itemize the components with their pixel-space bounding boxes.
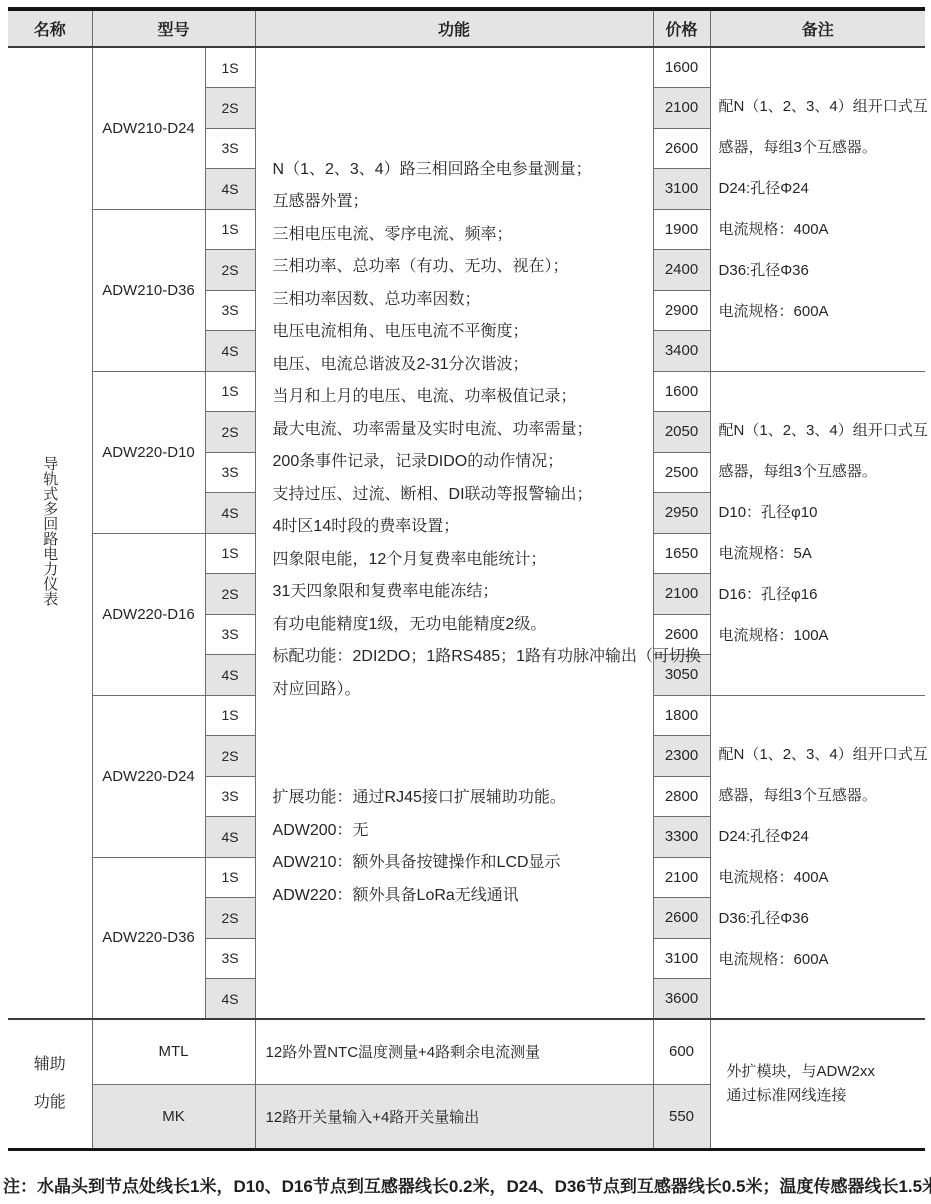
price-cell: 2600 xyxy=(653,128,710,169)
function-line: 31天四象限和复费率电能冻结； xyxy=(273,576,653,609)
header-price: 价格 xyxy=(653,9,710,47)
function-line: 对应回路）。 xyxy=(273,674,653,707)
remark-line: 感器，每组3个互感器。 xyxy=(719,451,926,492)
function-line: 三相功率、总功率（有功、无功、视在）； xyxy=(273,251,653,284)
remark-line: D36:孔径Φ36 xyxy=(719,250,926,291)
spec-cell: 4S xyxy=(205,655,255,696)
price-cell: 550 xyxy=(653,1084,710,1149)
aux-category-line: 功能 xyxy=(8,1084,92,1122)
remark-line: 感器，每组3个互感器。 xyxy=(719,775,926,816)
price-cell: 1600 xyxy=(653,47,710,88)
remark-line: 感器，每组3个互感器。 xyxy=(719,127,926,168)
spec-cell: 1S xyxy=(205,209,255,250)
function-line: 扩展功能：通过RJ45接口扩展辅助功能。 xyxy=(273,782,653,815)
price-cell: 2100 xyxy=(653,88,710,129)
spec-cell: 4S xyxy=(205,817,255,858)
header-model: 型号 xyxy=(92,9,255,47)
remark-line: 电流规格：5A xyxy=(719,533,926,574)
price-cell: 2900 xyxy=(653,290,710,331)
remark-line: D10：孔径φ10 xyxy=(719,492,926,533)
price-cell: 2050 xyxy=(653,412,710,453)
spec-cell: 1S xyxy=(205,371,255,412)
function-line: ADW210：额外具备按键操作和LCD显示 xyxy=(273,847,653,880)
spec-cell: 1S xyxy=(205,47,255,88)
model-cell: MK xyxy=(92,1084,255,1149)
function-line: ADW200：无 xyxy=(273,815,653,848)
price-cell: 2400 xyxy=(653,250,710,291)
remark-line: 通过标准网线连接 xyxy=(727,1084,926,1108)
spec-cell: 2S xyxy=(205,412,255,453)
price-cell: 2800 xyxy=(653,776,710,817)
function-line: 三相电压电流、零序电流、频率； xyxy=(273,219,653,252)
remark-line: 电流规格：400A xyxy=(719,857,926,898)
price-cell: 3100 xyxy=(653,169,710,210)
model-cell: ADW220-D16 xyxy=(92,533,205,695)
function-paragraph-2: 扩展功能：通过RJ45接口扩展辅助功能。 ADW200：无 ADW210：额外具… xyxy=(273,782,653,912)
remark-line: 电流规格：600A xyxy=(719,939,926,980)
spec-cell: 3S xyxy=(205,452,255,493)
spec-cell: 3S xyxy=(205,776,255,817)
function-line: 三相功率因数、总功率因数； xyxy=(273,284,653,317)
price-cell: 1600 xyxy=(653,371,710,412)
aux-function-text: 12路开关量输入+4路开关量输出 xyxy=(256,1106,653,1127)
remark-line: 电流规格：400A xyxy=(719,209,926,250)
aux-category-cell: 辅助 功能 xyxy=(8,1019,92,1149)
remark-cell: 配N（1、2、3、4）组开口式互 感器，每组3个互感器。 D24:孔径Φ24 电… xyxy=(710,695,925,1019)
price-cell: 1900 xyxy=(653,209,710,250)
category-cell: 导轨式多回路电力仪表 xyxy=(8,47,92,1019)
remark-cell: 外扩模块，与ADW2xx 通过标准网线连接 xyxy=(710,1019,925,1149)
price-cell: 2500 xyxy=(653,452,710,493)
remark-line: 外扩模块，与ADW2xx xyxy=(727,1060,926,1084)
spec-cell: 2S xyxy=(205,574,255,615)
price-cell: 2600 xyxy=(653,898,710,939)
price-cell: 2100 xyxy=(653,857,710,898)
price-cell: 2100 xyxy=(653,574,710,615)
function-line: 最大电流、功率需量及实时电流、功率需量； xyxy=(273,414,653,447)
spec-cell: 4S xyxy=(205,979,255,1020)
aux-function-cell: 12路开关量输入+4路开关量输出 xyxy=(255,1084,653,1149)
function-line: 标配功能：2DI2DO；1路RS485；1路有功脉冲输出（可切换 xyxy=(273,641,653,674)
remark-line: 电流规格：600A xyxy=(719,291,926,332)
function-line: 四象限电能，12个月复费率电能统计； xyxy=(273,544,653,577)
model-cell: ADW220-D36 xyxy=(92,857,205,1019)
price-cell: 2300 xyxy=(653,736,710,777)
spec-cell: 1S xyxy=(205,695,255,736)
remark-line: 电流规格：100A xyxy=(719,615,926,656)
remark-line: 配N（1、2、3、4）组开口式互 xyxy=(719,410,926,451)
spec-cell: 3S xyxy=(205,290,255,331)
aux-function-cell: 12路外置NTC温度测量+4路剩余电流测量 xyxy=(255,1019,653,1084)
function-line: 电压电流相角、电压电流不平衡度； xyxy=(273,316,653,349)
price-cell: 3400 xyxy=(653,331,710,372)
remark-line: D16：孔径φ16 xyxy=(719,574,926,615)
function-line: ADW220：额外具备LoRa无线通讯 xyxy=(273,880,653,913)
price-cell: 3300 xyxy=(653,817,710,858)
spec-cell: 4S xyxy=(205,169,255,210)
function-line: N（1、2、3、4）路三相回路全电参量测量； xyxy=(273,154,653,187)
remark-line: 配N（1、2、3、4）组开口式互 xyxy=(719,86,926,127)
spec-cell: 3S xyxy=(205,938,255,979)
price-cell: 3600 xyxy=(653,979,710,1020)
aux-function-text: 12路外置NTC温度测量+4路剩余电流测量 xyxy=(256,1041,653,1062)
spec-cell: 3S xyxy=(205,128,255,169)
model-cell: ADW220-D24 xyxy=(92,695,205,857)
function-line: 支持过压、过流、断相、DI联动等报警输出； xyxy=(273,479,653,512)
spec-cell: 1S xyxy=(205,857,255,898)
function-line: 200条事件记录，记录DIDO的动作情况； xyxy=(273,446,653,479)
spec-cell: 4S xyxy=(205,493,255,534)
function-line: 有功电能精度1级，无功电能精度2级。 xyxy=(273,609,653,642)
model-cell: ADW220-D10 xyxy=(92,371,205,533)
spec-cell: 2S xyxy=(205,898,255,939)
remark-line: D24:孔径Φ24 xyxy=(719,168,926,209)
spec-cell: 2S xyxy=(205,250,255,291)
spec-cell: 1S xyxy=(205,533,255,574)
footnote: 注：水晶头到节点处线长1米，D10、D16节点到互感器线长0.2米，D24、D3… xyxy=(3,1172,931,1197)
aux-category-line: 辅助 xyxy=(8,1046,92,1084)
spec-price-table: 名称 型号 功能 价格 备注 导轨式多回路电力仪表 ADW210-D24 1S … xyxy=(8,7,925,1151)
function-cell: N（1、2、3、4）路三相回路全电参量测量； 互感器外置； 三相电压电流、零序电… xyxy=(255,47,653,1019)
header-function: 功能 xyxy=(255,9,653,47)
model-cell: ADW210-D36 xyxy=(92,209,205,371)
price-cell: 3100 xyxy=(653,938,710,979)
remark-cell: 配N（1、2、3、4）组开口式互 感器，每组3个互感器。 D24:孔径Φ24 电… xyxy=(710,47,925,371)
remark-line: 配N（1、2、3、4）组开口式互 xyxy=(719,734,926,775)
table-row: 导轨式多回路电力仪表 ADW210-D24 1S N（1、2、3、4）路三相回路… xyxy=(8,47,925,88)
price-cell: 1650 xyxy=(653,533,710,574)
price-cell: 600 xyxy=(653,1019,710,1084)
spec-cell: 2S xyxy=(205,88,255,129)
spec-cell: 2S xyxy=(205,736,255,777)
price-cell: 1800 xyxy=(653,695,710,736)
remark-line: D36:孔径Φ36 xyxy=(719,898,926,939)
model-cell: ADW210-D24 xyxy=(92,47,205,209)
function-line: 4时区14时段的费率设置； xyxy=(273,511,653,544)
header-remark: 备注 xyxy=(710,9,925,47)
header-name: 名称 xyxy=(8,9,92,47)
category-vertical-label: 导轨式多回路电力仪表 xyxy=(42,456,57,606)
spec-cell: 3S xyxy=(205,614,255,655)
remark-line: D24:孔径Φ24 xyxy=(719,816,926,857)
header-row: 名称 型号 功能 价格 备注 xyxy=(8,9,925,47)
function-paragraph-1: N（1、2、3、4）路三相回路全电参量测量； 互感器外置； 三相电压电流、零序电… xyxy=(273,154,653,707)
spec-cell: 4S xyxy=(205,331,255,372)
function-line: 电压、电流总谐波及2-31分次谐波； xyxy=(273,349,653,382)
function-line: 当月和上月的电压、电流、功率极值记录； xyxy=(273,381,653,414)
spec-price-table-wrap: 名称 型号 功能 价格 备注 导轨式多回路电力仪表 ADW210-D24 1S … xyxy=(8,7,925,1151)
price-cell: 2950 xyxy=(653,493,710,534)
table-row: 辅助 功能 MTL 12路外置NTC温度测量+4路剩余电流测量 600 外扩模块… xyxy=(8,1019,925,1084)
model-cell: MTL xyxy=(92,1019,255,1084)
function-line: 互感器外置； xyxy=(273,186,653,219)
remark-cell: 配N（1、2、3、4）组开口式互 感器，每组3个互感器。 D10：孔径φ10 电… xyxy=(710,371,925,695)
